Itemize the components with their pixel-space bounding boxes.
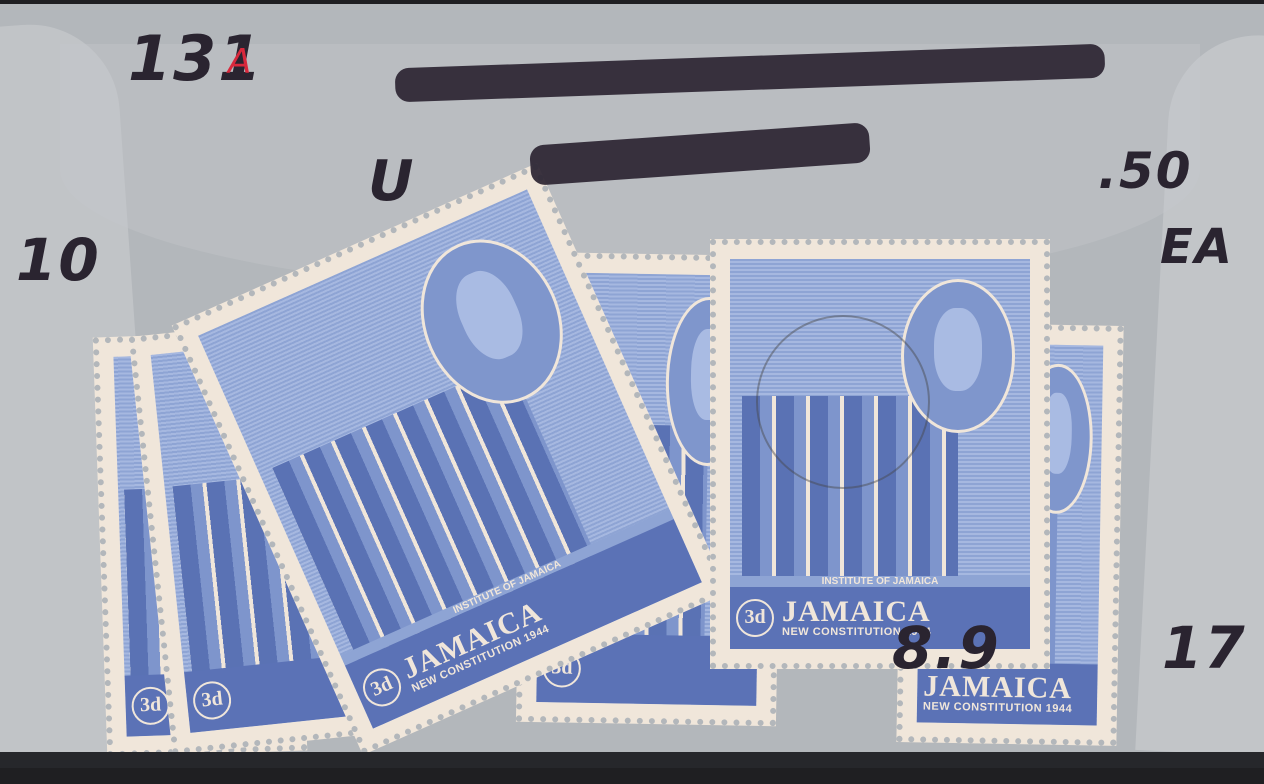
postmark [756, 315, 930, 489]
price-unit: EA [1160, 219, 1234, 275]
left-count: 10 [16, 226, 101, 294]
stamp-value: 3d [191, 679, 233, 721]
stamp-value: 3d [736, 599, 774, 637]
catalog-suffix: A [228, 42, 253, 82]
glassine-envelope: 3d 3d 3d JAMAICANEW CONSTITUTION 1944 IN… [0, 4, 1264, 768]
stamp-value: 3d [131, 686, 170, 725]
stamp-value: 3d [357, 662, 407, 712]
condition-mark: U [368, 149, 415, 214]
bottom-mark: 8.9 [892, 614, 1001, 682]
price-each: .50 [1098, 142, 1193, 200]
right-count: 17 [1162, 614, 1247, 682]
scanner-edge [0, 752, 1264, 768]
stamp-issue: NEW CONSTITUTION 1944 [923, 702, 1072, 716]
stamp-caption: INSTITUTE OF JAMAICA [730, 576, 1030, 587]
stamp-front: INSTITUTE OF JAMAICA 3d JAMAICANEW CONST… [710, 239, 1050, 669]
